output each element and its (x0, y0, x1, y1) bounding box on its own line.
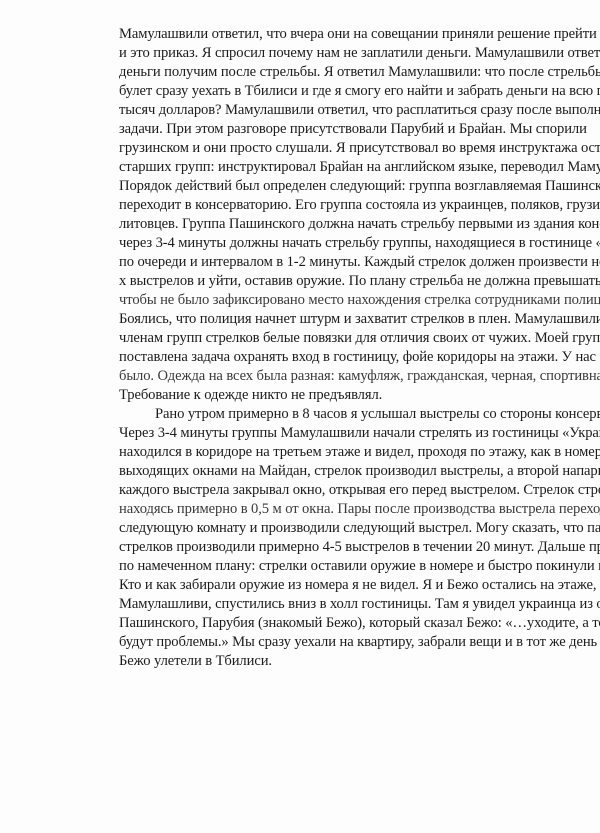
text-line: стрелков производили примерно 4-5 выстре… (119, 539, 600, 556)
text-line: деньги получим после стрельбы. Я ответил… (119, 64, 600, 81)
text-line: Через 3-4 минуты группы Мамулашвили нача… (119, 425, 600, 442)
text-line: чтобы не было зафиксировано место нахожд… (119, 292, 600, 309)
text-line: Порядок действий был определен следующий… (119, 178, 600, 195)
text-line: Мамулашвили ответил, что вчера они на со… (119, 26, 600, 43)
text-line: будут проблемы.» Мы сразу уехали на квар… (119, 634, 600, 651)
text-line: булет сразу уехать в Тбилиси и где я смо… (119, 83, 600, 100)
text-line: Кто и как забирали оружие из номера я не… (119, 577, 600, 594)
text-line: литовцев. Группа Пашинского должна начат… (119, 216, 600, 233)
text-line: задачи. При этом разговоре присутствовал… (119, 121, 587, 138)
text-line: через 3-4 минуты должны начать стрельбу … (119, 235, 600, 252)
text-line: поставлена задача охранять вход в гостин… (119, 349, 600, 366)
text-line: находился в коридоре на третьем этаже и … (119, 444, 600, 461)
scanned-document-page: Мамулашвили ответил, что вчера они на со… (0, 0, 600, 833)
text-line: переходит в консерваторию. Его группа со… (119, 197, 600, 214)
text-line: старших групп: инструктировал Брайан на … (119, 159, 600, 176)
text-line: выходящих окнами на Майдан, стрелок прои… (119, 463, 600, 480)
text-line: каждого выстрела закрывал окно, открывая… (119, 482, 600, 499)
text-line: членам групп стрелков белые повязки для … (119, 330, 600, 347)
text-line: следующую комнату и производили следующи… (119, 520, 600, 537)
text-line: х выстрелов и уйти, оставив оружие. По п… (119, 273, 600, 290)
text-line: по очереди и интервалом в 1-2 минуты. Ка… (119, 254, 600, 271)
text-line: по намеченном плану: стрелки оставили ор… (119, 558, 600, 575)
text-line: Боялись, что полиция начнет штурм и захв… (119, 311, 600, 328)
text-line: Рано утром примерно в 8 часов я услышал … (155, 406, 600, 423)
text-line: Мамулашливи, спустились вниз в холл гост… (119, 596, 600, 613)
text-line: и это приказ. Я спросил почему нам не за… (119, 45, 600, 62)
text-line: тысяч долларов? Мамулашвили ответил, что… (119, 102, 600, 119)
text-line: находясь примерно в 0,5 м от окна. Пары … (119, 501, 600, 518)
text-line: грузинском и они просто слушали. Я прису… (119, 140, 600, 157)
text-line: Требование к одежде никто не предъявлял. (119, 387, 382, 404)
text-line: Бежо улетели в Тбилиси. (119, 653, 272, 670)
text-line: было. Одежда на всех была разная: камуфл… (119, 368, 600, 385)
text-line: Пашинского, Парубия (знакомый Бежо), кот… (119, 615, 600, 632)
